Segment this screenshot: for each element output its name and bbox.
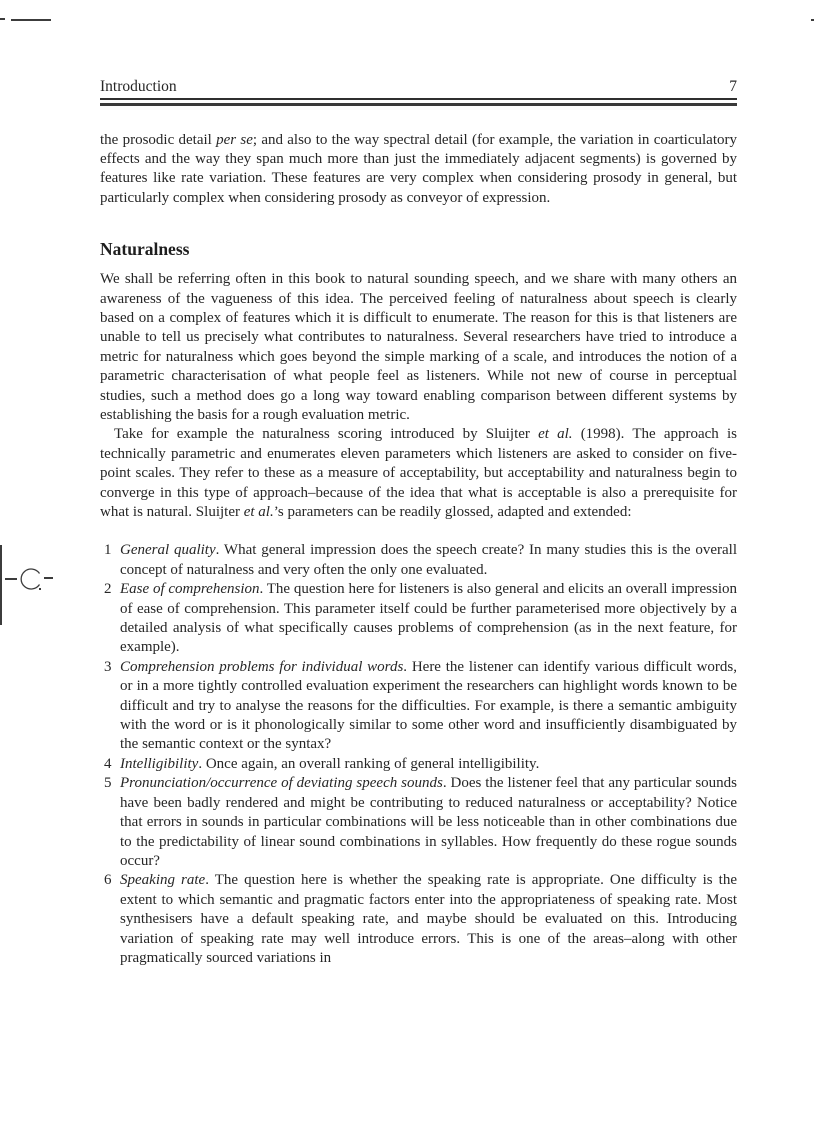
section-heading-naturalness: Naturalness [100,239,737,259]
text-block: Introduction 7 the prosodic detail per s… [100,78,737,968]
crop-mark-top-right-dot [811,19,814,21]
paragraph-naturalness-intro: We shall be referring often in this book… [100,270,737,425]
header-rule-thin [100,98,737,100]
list-item-lead: Pronunciation/occurrence of deviating sp… [120,775,443,791]
center-mark-dot [39,588,41,590]
center-mark-dash-left [5,578,17,580]
list-item: 3Comprehension problems for individual w… [100,658,737,755]
paragraph-prosodic-detail: the prosodic detail per se; and also to … [100,131,737,209]
list-item: 4Intelligibility. Once again, an overall… [100,755,737,774]
italic-et-al-1: et al. [538,426,572,442]
list-item-lead: General quality [120,542,216,558]
list-item-number: 1 [104,541,112,560]
list-item-number: 3 [104,658,112,677]
left-edge-fold-mark [0,545,2,625]
list-item-lead: Intelligibility [120,756,198,772]
center-registration-circle-icon [19,568,43,597]
list-item: 2Ease of comprehension. The question her… [100,580,737,658]
list-item-lead: Ease of comprehension [120,581,259,597]
page-number: 7 [729,78,737,95]
list-item-number: 5 [104,774,112,793]
list-item-number: 6 [104,871,112,890]
list-item-number: 2 [104,580,112,599]
italic-per-se: per se [216,132,253,148]
list-item: 6Speaking rate. The question here is whe… [100,871,737,968]
list-item: 1General quality. What general impressio… [100,541,737,580]
crop-mark-top-left-short [0,18,5,20]
list-item-text: . Once again, an overall ranking of gene… [198,756,539,772]
crop-mark-top-left-long [11,19,51,21]
running-header: Introduction 7 [100,78,737,95]
running-header-title: Introduction [100,78,177,95]
parameters-list: 1General quality. What general impressio… [100,541,737,968]
list-item-lead: Speaking rate [120,872,205,888]
center-mark-dash-right [44,577,53,579]
book-page: Introduction 7 the prosodic detail per s… [0,0,816,1123]
paragraph-sluijter: Take for example the naturalness scoring… [100,425,737,522]
italic-et-al-2: et al. [244,504,274,520]
list-item-number: 4 [104,755,112,774]
header-rule-thick [100,103,737,106]
list-item-lead: Comprehension problems for individual wo… [120,659,403,675]
list-item: 5Pronunciation/occurrence of deviating s… [100,774,737,871]
list-item-text: . The question here is whether the speak… [120,872,737,966]
